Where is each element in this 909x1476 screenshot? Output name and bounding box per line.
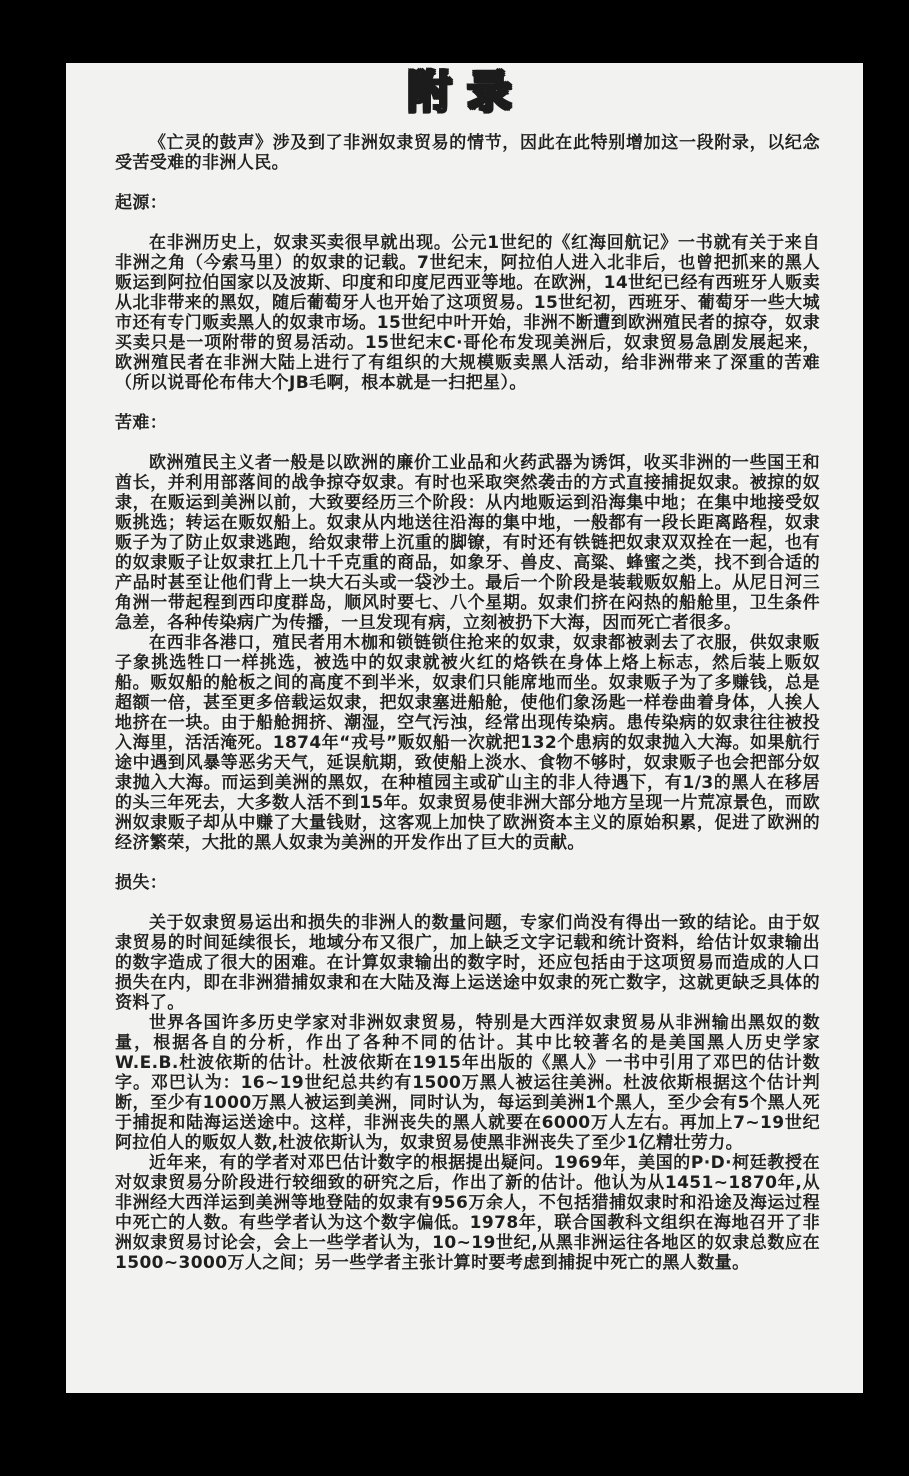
losses-paragraph-1: 关于奴隶贸易运出和损失的非洲人的数量问题，专家们尚没有得出一致的结论。由于奴隶贸…: [115, 913, 820, 1013]
section-header-suffering: 苦难：: [115, 413, 820, 433]
suffering-paragraph-2: 在西非各港口，殖民者用木枷和锁链锁住抢来的奴隶，奴隶都被剥去了衣服，供奴隶贩子象…: [115, 633, 820, 853]
suffering-paragraph-1: 欧洲殖民主义者一般是以欧洲的廉价工业品和火药武器为诱饵，收买非洲的一些国王和酋长…: [115, 453, 820, 633]
losses-paragraph-3: 近年来，有的学者对邓巴估计数字的根据提出疑问。1969年，美国的P·D·柯廷教授…: [115, 1153, 820, 1273]
page-title: 附录: [115, 83, 820, 103]
section-header-losses: 损失：: [115, 873, 820, 893]
document-page: 附录 《亡灵的鼓声》涉及到了非洲奴隶贸易的情节，因此在此特别增加这一段附录，以纪…: [66, 63, 863, 1393]
origin-paragraph-1: 在非洲历史上，奴隶买卖很早就出现。公元1世纪的《红海回航记》一书就有关于来自非洲…: [115, 233, 820, 393]
black-background: 附录 《亡灵的鼓声》涉及到了非洲奴隶贸易的情节，因此在此特别增加这一段附录，以纪…: [0, 0, 909, 1476]
losses-paragraph-2: 世界各国许多历史学家对非洲奴隶贸易，特别是大西洋奴隶贸易从非洲输出黑奴的数量，根…: [115, 1013, 820, 1153]
intro-paragraph: 《亡灵的鼓声》涉及到了非洲奴隶贸易的情节，因此在此特别增加这一段附录，以纪念受苦…: [115, 133, 820, 173]
section-header-origin: 起源：: [115, 193, 820, 213]
